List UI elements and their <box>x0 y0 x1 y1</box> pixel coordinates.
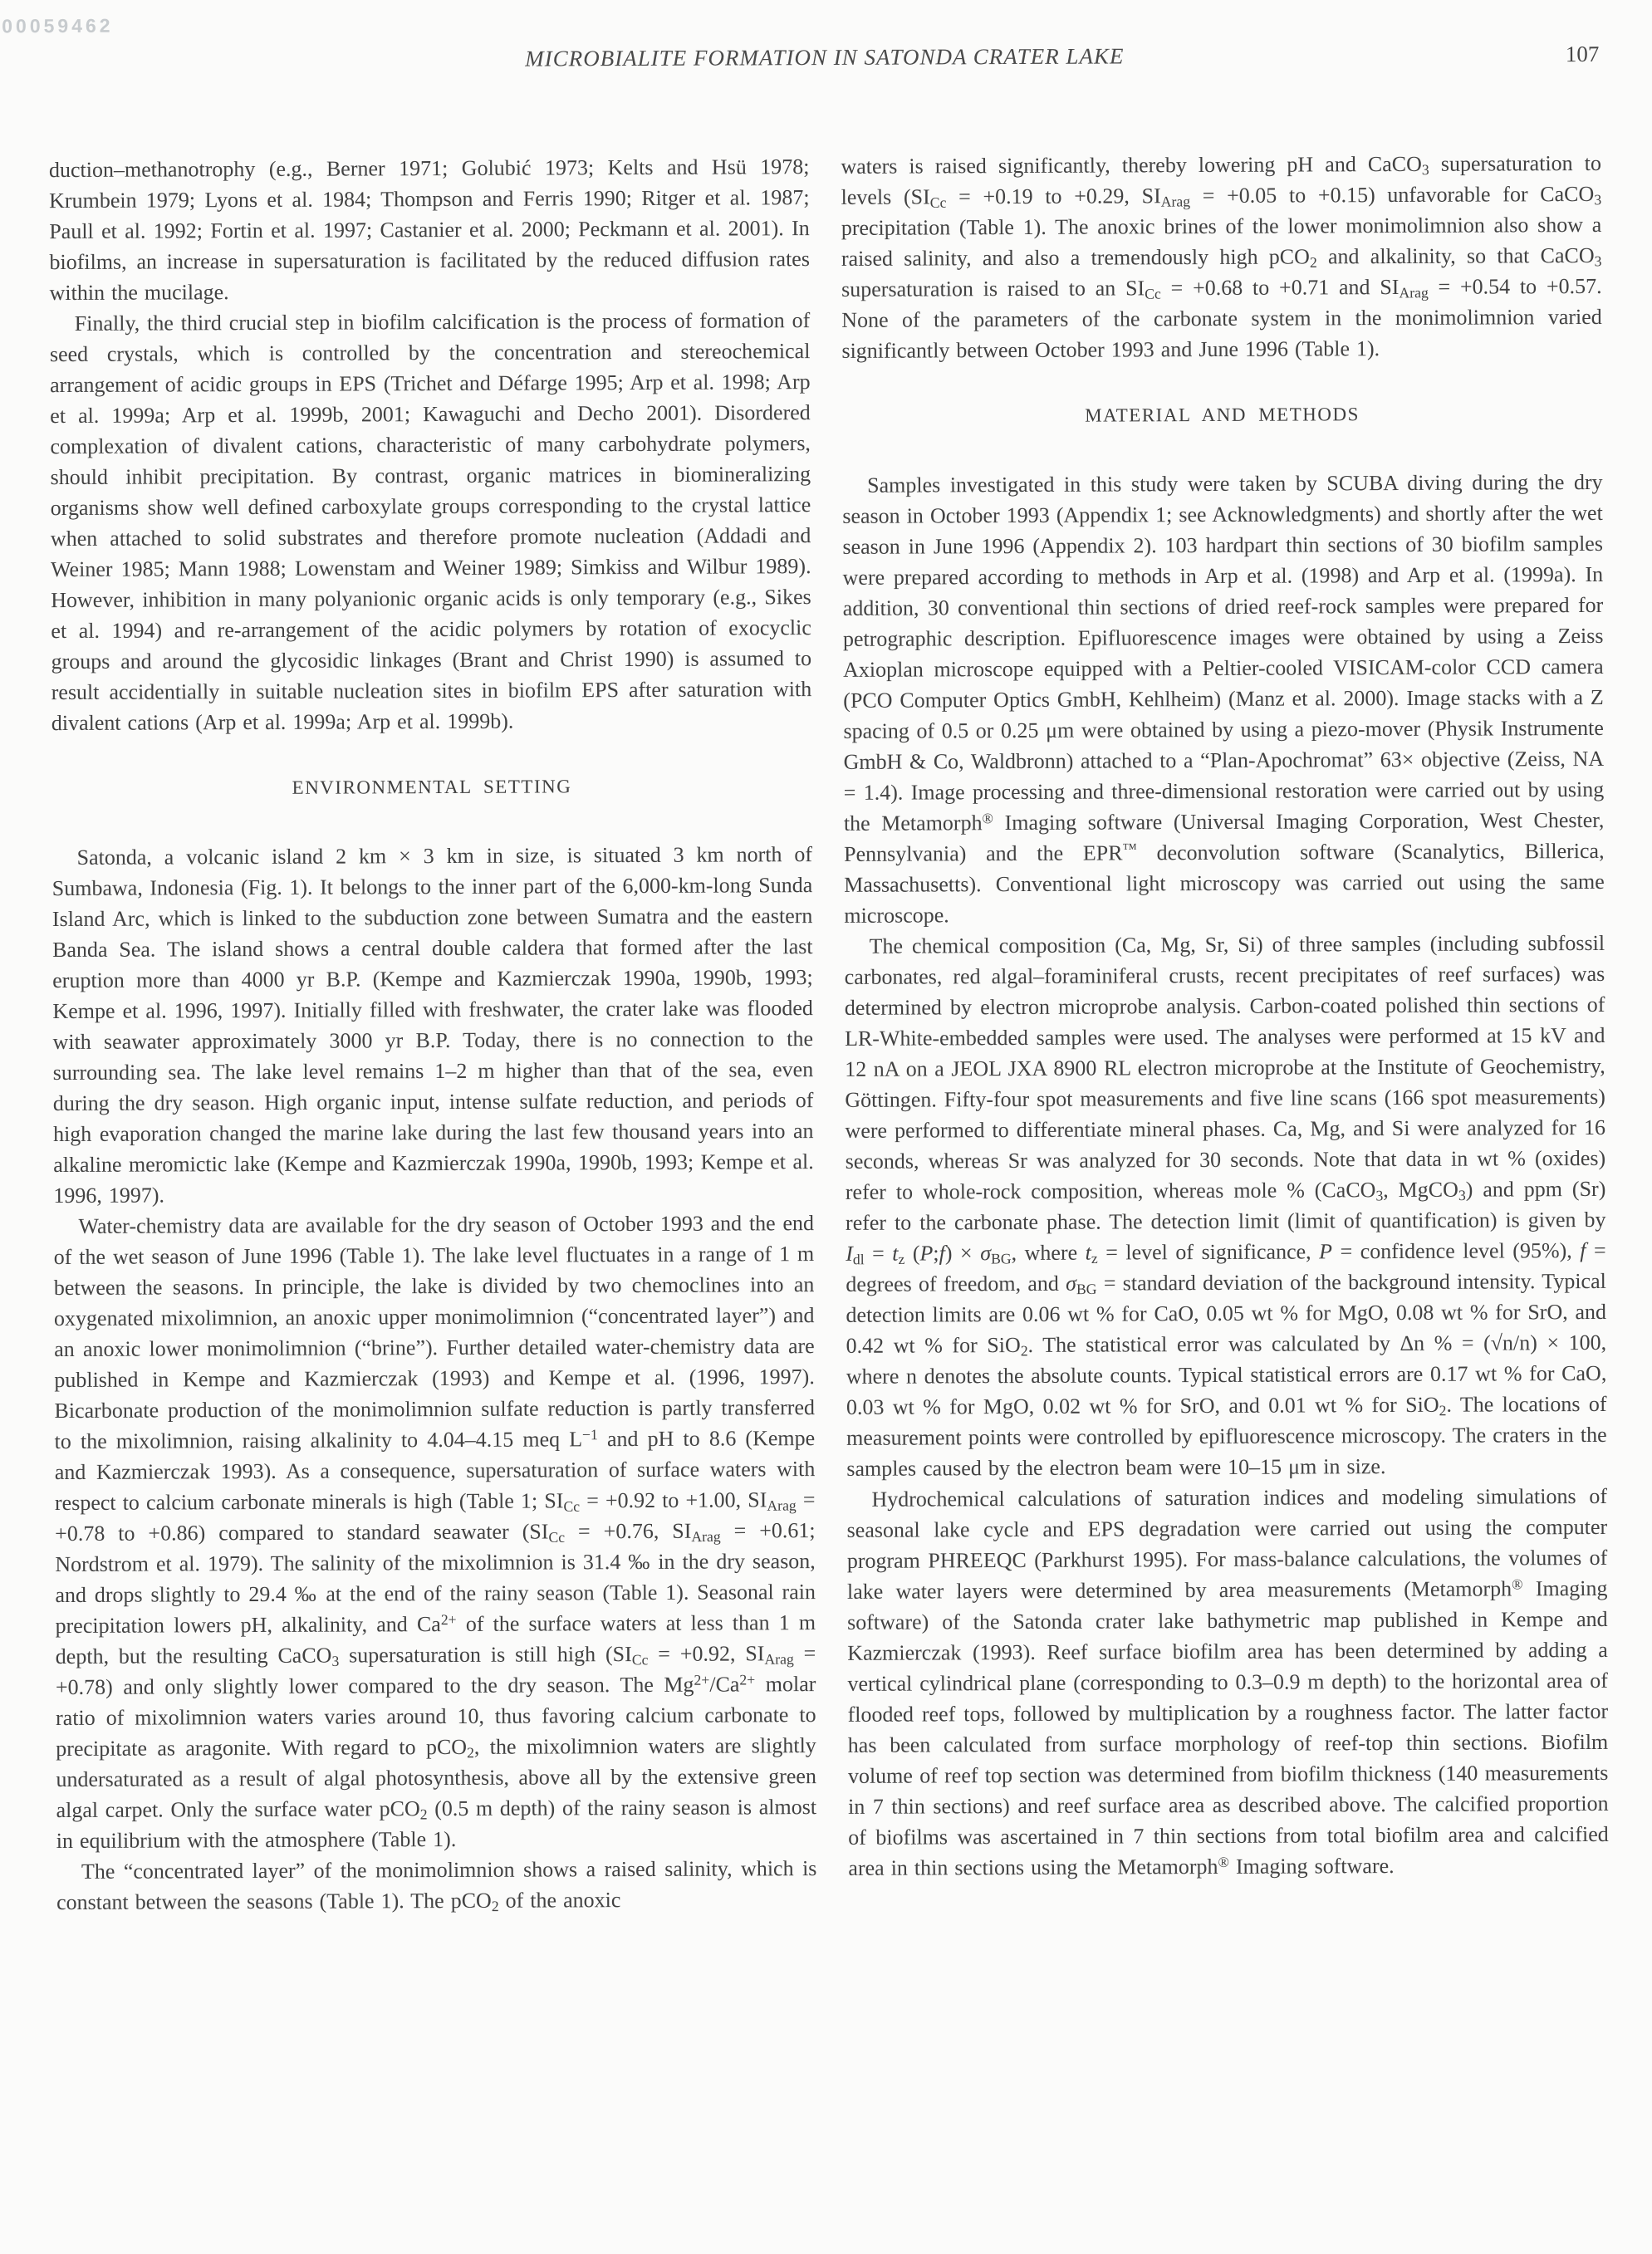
page-number: 107 <box>1566 42 1600 67</box>
scan-number: 00059462 <box>2 15 113 38</box>
scanned-page: 00059462 MICROBIALITE FORMATION IN SATON… <box>0 0 1652 2254</box>
paragraph: The “concentrated layer” of the monimoli… <box>56 1853 817 1918</box>
paragraph: Satonda, a volcanic island 2 km × 3 km i… <box>51 839 813 1211</box>
section-heading-material-and-methods: MATERIAL AND METHODS <box>842 398 1603 432</box>
article-body: duction–methanotrophy (e.g., Berner 1971… <box>49 148 1609 1918</box>
paragraph: Hydrochemical calculations of saturation… <box>846 1481 1609 1884</box>
paragraph: The chemical composition (Ca, Mg, Sr, Si… <box>844 928 1606 1484</box>
paragraph: waters is raised significantly, thereby … <box>841 148 1602 366</box>
paragraph: duction–methanotrophy (e.g., Berner 1971… <box>49 151 810 308</box>
paragraph: Water-chemistry data are available for t… <box>53 1208 816 1856</box>
paragraph: Finally, the third crucial step in biofi… <box>50 305 812 738</box>
running-head: MICROBIALITE FORMATION IN SATONDA CRATER… <box>48 42 1601 81</box>
section-heading-environmental-setting: ENVIRONMENTAL SETTING <box>51 770 812 804</box>
running-title: MICROBIALITE FORMATION IN SATONDA CRATER… <box>48 42 1601 74</box>
page-content: 00059462 MICROBIALITE FORMATION IN SATON… <box>0 0 1652 2254</box>
right-column: waters is raised significantly, thereby … <box>841 148 1609 1914</box>
paragraph: Samples investigated in this study were … <box>842 467 1605 931</box>
left-column: duction–methanotrophy (e.g., Berner 1971… <box>49 151 817 1918</box>
